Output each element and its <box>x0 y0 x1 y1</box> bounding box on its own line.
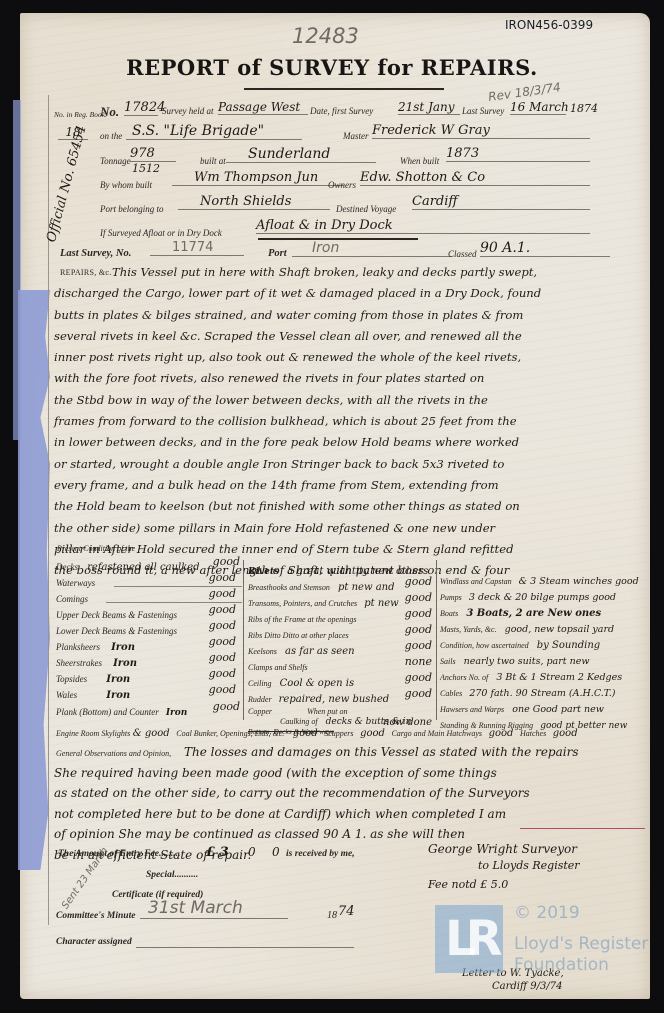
character-assigned-field <box>136 946 354 948</box>
built-at-value: Sunderland <box>226 146 376 163</box>
title-rule <box>244 88 444 90</box>
committee-minute-value: 31st March <box>140 898 288 919</box>
watermark-org-line2: Foundation <box>514 955 609 975</box>
misc-fittings-row: Engine Room Skylights & good Coal Bunker… <box>56 728 646 739</box>
entry-fee-shillings: 0 <box>248 845 256 859</box>
entry-fee-pounds: £ 3 <box>206 845 229 860</box>
condition-value: good <box>209 667 236 680</box>
tonnage-label: Tonnage <box>100 156 131 166</box>
survey-year: 1874 <box>570 102 598 115</box>
last-survey-port-value: Iron <box>292 240 452 257</box>
committee-year-suffix: 74 <box>338 904 355 919</box>
ship-name: S.S. "Life Brigade" <box>126 123 302 140</box>
hatches-label: Hatches <box>520 729 546 738</box>
engine-room-label: Engine Room Skylights <box>56 729 130 738</box>
surveyor-signature: George Wright Surveyor <box>428 842 577 856</box>
classed-value: 90 A.1. <box>480 240 610 257</box>
condition-value: good <box>209 619 236 632</box>
column-divider-left <box>243 560 244 720</box>
built-at-label: built at <box>200 156 226 166</box>
condition-value: good <box>213 555 240 568</box>
repairs-line: the Hold beam to keelson (but not finish… <box>54 496 650 517</box>
condition-row: Plank (Bottom) and Counter Iron good <box>56 700 242 718</box>
port-belonging-value: North Shields <box>178 194 330 210</box>
condition-value: good <box>209 683 236 696</box>
observation-line: She required having been made good (with… <box>54 763 650 784</box>
fee-note: Fee notd £ 5.0 <box>428 878 508 891</box>
tonnage-value: 978 <box>130 146 176 162</box>
last-survey-port-label: Port <box>268 248 287 259</box>
by-whom-built-value: Wm Thompson Jun <box>172 170 344 186</box>
tonnage-value-2: 1512 <box>132 162 160 175</box>
condition-value: good <box>405 607 432 620</box>
survey-held-at-label: Survey held at <box>162 106 213 116</box>
condition-row: Wales Iron good <box>56 683 242 701</box>
special-fee-label: Special.......... <box>146 870 198 880</box>
condition-value: good <box>405 639 432 652</box>
condition-note: Iron <box>166 708 188 718</box>
last-survey-label: Last Survey <box>462 106 504 116</box>
watermark-org-line1: Lloyd's Register <box>514 934 648 954</box>
reg-book-label: No. in Reg. Book. <box>54 111 92 119</box>
red-ink-underline <box>520 828 645 829</box>
surveyed-afloat-label: If Surveyed Afloat or in Dry Dock <box>100 228 222 238</box>
owners-value: Edw. Shotton & Co <box>360 170 590 186</box>
when-built-value: 1873 <box>446 146 590 162</box>
condition-value: good <box>209 587 236 600</box>
repairs-line: or started, wrought a double angle Iron … <box>54 454 650 475</box>
scuppers-label: Scuppers <box>324 729 353 738</box>
condition-value: good <box>209 651 236 664</box>
condition-value: good <box>405 671 432 684</box>
repairs-line: discharged the Cargo, lower part of it w… <box>54 283 650 304</box>
last-survey-no-value: 11774 <box>150 240 244 256</box>
repairs-line: with the fore foot rivets, also renewed … <box>54 368 650 389</box>
repairs-line: inner post rivets right up, also took ou… <box>54 347 650 368</box>
coal-bunker-value: good <box>293 728 318 739</box>
repairs-line: the Stbd bow in way of the lower between… <box>54 390 650 411</box>
committee-minute-label: Committee's Minute <box>56 911 135 921</box>
engine-room-value: & good <box>133 728 170 739</box>
survey-held-at-value: Passage West <box>218 100 308 115</box>
owners-label: Owners <box>328 180 356 190</box>
document-title: REPORT of SURVEY for REPAIRS. <box>0 55 664 80</box>
no-label: No. <box>100 104 119 120</box>
condition-value: good <box>213 700 240 713</box>
condition-label: Copper <box>248 707 272 716</box>
on-the-label: on the <box>100 131 122 141</box>
surveyor-signature-line2: to Lloyds Register <box>478 859 580 872</box>
entry-fee-label: The Amount of Entry Fee......... <box>58 849 180 859</box>
condition-label: Plank (Bottom) and Counter <box>56 707 159 717</box>
observation-line: as stated on the other side, to carry ou… <box>54 783 650 804</box>
scuppers-value: good <box>360 728 385 739</box>
first-survey-date-label: Date, first Survey <box>310 106 373 116</box>
repairs-line: This Vessel put in here with Shaft broke… <box>54 262 650 283</box>
cargo-hatchways-label: Cargo and Main Hatchways <box>391 729 482 738</box>
last-survey-no-label: Last Survey, No. <box>60 248 131 259</box>
survey-number: 17824 <box>124 100 158 116</box>
received-label: is received by me, <box>286 849 355 859</box>
entry-fee-pence: 0 <box>272 845 280 859</box>
condition-heading: Present Condition of the <box>57 544 135 553</box>
repairs-line: frames from forward to the collision bul… <box>54 411 650 432</box>
condition-value: good <box>209 603 236 616</box>
observation-line: not completed here but to be done at Car… <box>54 804 650 825</box>
condition-value: good <box>209 571 236 584</box>
repairs-text: This Vessel put in here with Shaft broke… <box>54 262 650 581</box>
cargo-hatchways-value: good <box>489 728 514 739</box>
by-whom-built-label: By whom built <box>100 180 152 190</box>
committee-year-prefix: 18 <box>327 910 337 921</box>
destined-voyage-label: Destined Voyage <box>336 204 396 214</box>
watermark-copyright: © 2019 <box>514 903 580 923</box>
repairs-line: butts in plates & bilges strained, and w… <box>54 305 650 326</box>
repairs-line: in lower between decks, and in the fore … <box>54 432 650 453</box>
coal-bunker-label: Coal Bunker, Openings, Lids, &c. <box>176 729 284 738</box>
archive-reference: IRON456-0399 <box>505 18 593 32</box>
hatches-value: good <box>553 728 578 739</box>
pencil-number: 12483 <box>292 24 359 48</box>
condition-value: now done <box>383 717 432 728</box>
first-survey-date-value: 21st Jany <box>398 100 460 115</box>
letter-note-line2: Cardiff 9/3/74 <box>492 981 562 992</box>
port-belonging-label: Port belonging to <box>100 204 164 214</box>
repairs-line: several rivets in keel &c. Scraped the V… <box>54 326 650 347</box>
condition-value: good <box>405 575 432 588</box>
classed-label: Classed <box>448 249 477 259</box>
when-built-label: When built <box>400 156 439 166</box>
repairs-line: the other side) some pillars in Main for… <box>54 518 650 539</box>
surveyed-afloat-value: Afloat & in Dry Dock <box>256 218 590 234</box>
repairs-line: every frame, and a bulk head on the 14th… <box>54 475 650 496</box>
master-label: Master <box>343 131 369 141</box>
logo-letters: LR <box>445 911 493 967</box>
last-survey-value: 16 March <box>510 100 566 115</box>
condition-label: Wales <box>56 690 77 700</box>
character-assigned-label: Character assigned <box>56 937 132 947</box>
condition-value: good <box>209 635 236 648</box>
column-divider-right <box>436 560 437 720</box>
condition-value: none <box>405 655 432 668</box>
condition-value: good <box>405 623 432 636</box>
observation-line: The losses and damages on this Vessel as… <box>54 742 650 763</box>
lloyds-register-logo: LR <box>435 905 503 973</box>
condition-value: good <box>405 591 432 604</box>
destined-voyage-value: Cardiff <box>412 194 590 210</box>
master-value: Frederick W Gray <box>372 123 590 139</box>
blue-paper-strip <box>18 290 50 870</box>
